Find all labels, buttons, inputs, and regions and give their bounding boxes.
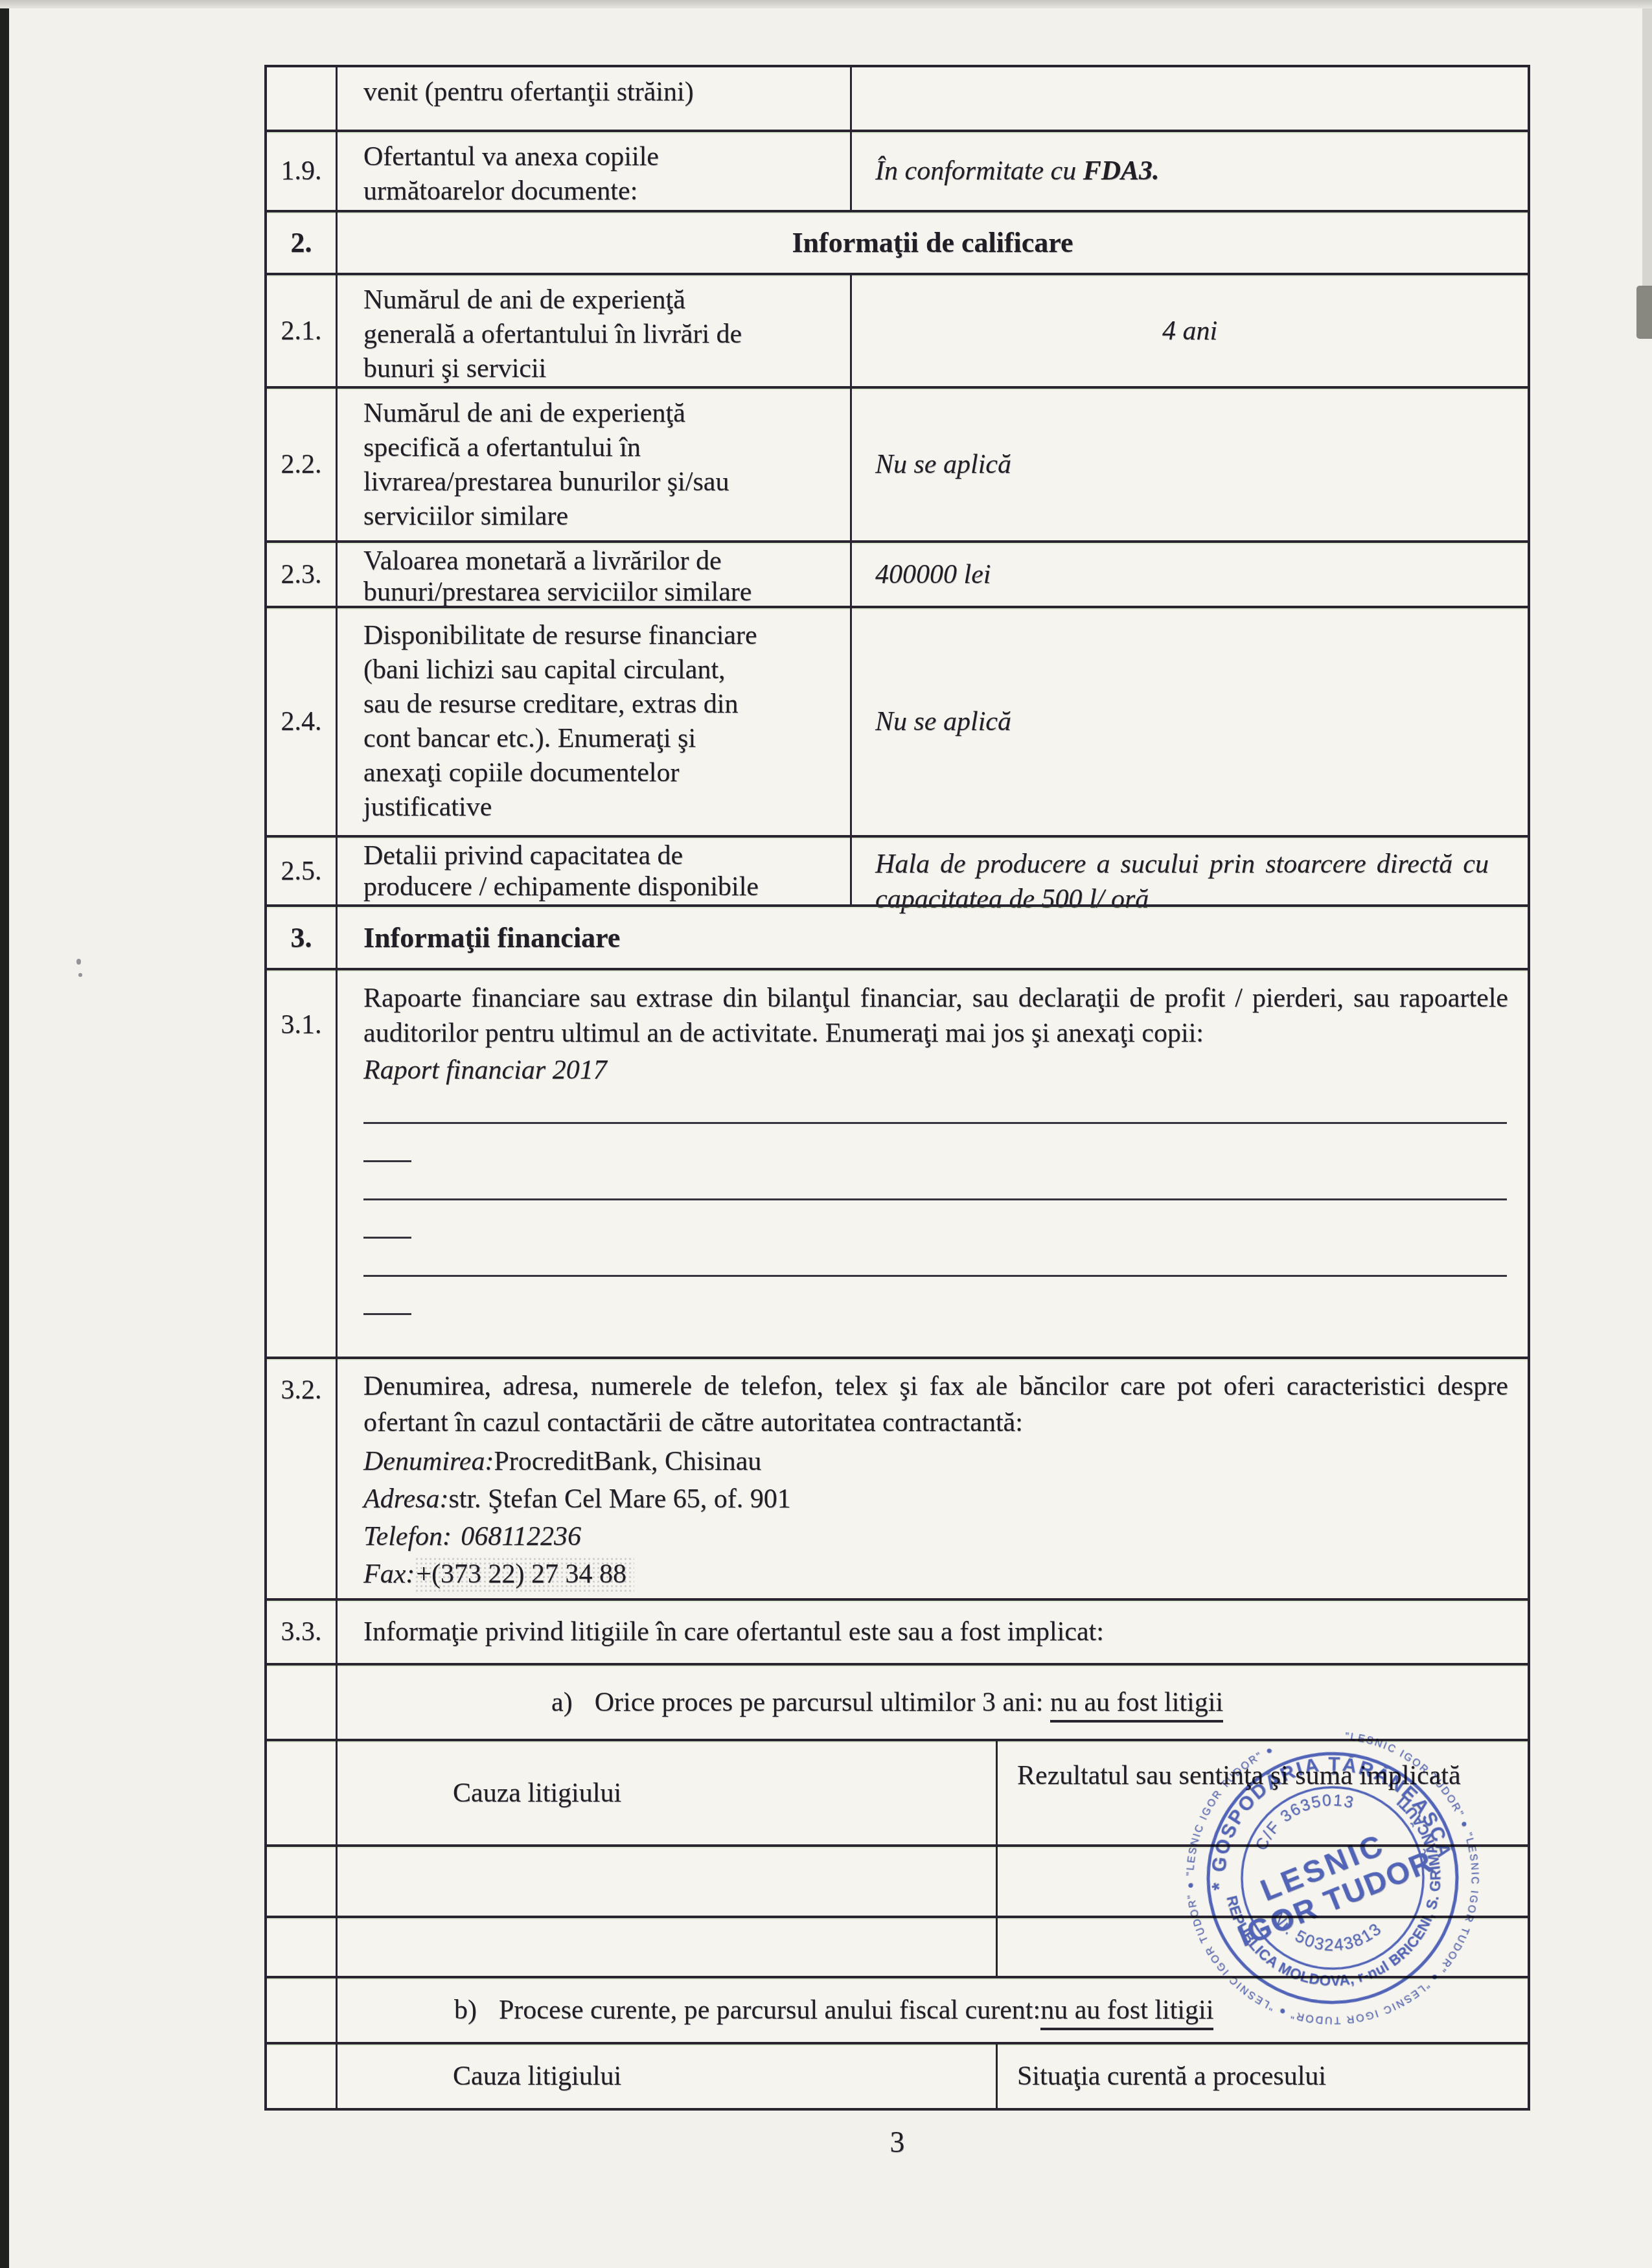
litigation-a-header-number-cell	[267, 1741, 338, 1844]
row-1-9-value-bold: FDA3.	[1083, 156, 1160, 186]
litigation-b-text: Procese curente, pe parcursul anului fis…	[499, 1995, 1213, 2026]
scan-right-strip	[1642, 8, 1652, 287]
row-venit-number-cell	[267, 67, 338, 130]
bank-phone-label: Telefon:	[363, 1522, 452, 1552]
row-2-2-value: Nu se aplică	[852, 389, 1528, 540]
empty-cause-cell	[338, 1847, 998, 1916]
blank-entry-dash	[363, 1200, 411, 1239]
financial-report-entry: Raport financiar 2017	[363, 1055, 1508, 1086]
financial-reports-text: Rapoarte financiare sau extrase din bila…	[363, 981, 1508, 1051]
row-1-9-value: În conformitate cu FDA3.	[852, 132, 1528, 210]
bank-address-label: Adresa:	[363, 1484, 448, 1514]
blank-entry-dash	[363, 1124, 411, 1162]
litigation-b-header-number-cell	[267, 2045, 338, 2108]
row-2-5-value: Hala de producere a sucului prin stoarce…	[852, 838, 1528, 904]
litigation-b-question: Procese curente, pe parcursul anului fis…	[499, 1995, 1040, 2025]
row-2-5-number: 2.5.	[267, 838, 338, 904]
litigation-a-text: Orice proces pe parcursul ultimilor 3 an…	[595, 1687, 1223, 1718]
scan-edge-bar	[0, 0, 9, 2268]
row-2-4-label: Disponibilitate de resurse financiare (b…	[338, 608, 852, 835]
financial-reports-cell: Rapoarte financiare sau extrase din bila…	[338, 970, 1528, 1357]
row-1-9: 1.9. Ofertantul va anexa copiile următoa…	[267, 130, 1528, 210]
row-3-3: 3.3. Informaţie privind litigiile în car…	[267, 1598, 1528, 1663]
litigation-a-header-cause: Cauza litigiului	[338, 1741, 998, 1844]
empty-number-cell	[267, 1847, 338, 1916]
section-2-number: 2.	[267, 212, 338, 273]
bank-fax-value: +(373 22) 27 34 88	[415, 1557, 634, 1593]
bank-name-line: Denumirea:ProcreditBank, Chisinau	[363, 1443, 1508, 1480]
row-2-3-label: Valoarea monetară a livrărilor de bunuri…	[338, 543, 852, 606]
row-2-4-number: 2.4.	[267, 608, 338, 835]
litigation-b-header-cause: Cauza litigiului	[338, 2045, 998, 2108]
blank-entry-line	[363, 1086, 1507, 1124]
bank-name-label: Denumirea:	[363, 1447, 494, 1476]
row-2-3: 2.3. Valoarea monetară a livrărilor de b…	[267, 540, 1528, 606]
row-section-3: 3. Informaţii financiare	[267, 904, 1528, 968]
row-venit: venit (pentru ofertanţii străini)	[267, 67, 1528, 130]
row-2-5: 2.5. Detalii privind capacitatea de prod…	[267, 835, 1528, 904]
row-2-1-number: 2.1.	[267, 275, 338, 386]
row-3-3-number: 3.3.	[267, 1601, 338, 1663]
blank-entry-line	[363, 1239, 1507, 1277]
bank-phone-value: 068112236	[461, 1522, 581, 1552]
bank-details-text: Denumirea, adresa, numerele de telefon, …	[363, 1368, 1508, 1441]
row-2-1-label: Numărul de ani de experienţă generală a …	[338, 275, 852, 386]
empty-number-cell	[267, 1918, 338, 1976]
litigation-a-question: Orice proces pe parcursul ultimilor 3 an…	[595, 1688, 1050, 1717]
row-1-9-number: 1.9.	[267, 132, 338, 210]
row-3-2-number: 3.2.	[267, 1359, 338, 1598]
scan-top-strip	[0, 0, 1652, 8]
blank-entry-line	[363, 1162, 1507, 1200]
row-2-2: 2.2. Numărul de ani de experienţă specif…	[267, 386, 1528, 540]
row-venit-value	[852, 67, 1528, 130]
row-2-4: 2.4. Disponibilitate de resurse financia…	[267, 606, 1528, 835]
bank-fax-line: Fax:+(373 22) 27 34 88	[363, 1556, 1508, 1592]
litigation-b-prefix: b)	[454, 1995, 477, 2026]
row-3-1: 3.1. Rapoarte financiare sau extrase din…	[267, 968, 1528, 1357]
scanned-document-page: { "page": { "number": "3", "paper_color"…	[0, 0, 1652, 2268]
section-3-title: Informaţii financiare	[338, 907, 1528, 968]
row-2-5-label: Detalii privind capacitatea de producere…	[338, 838, 852, 904]
row-litigation-b-header: Cauza litigiului Situaţia curentă a proc…	[267, 2042, 1528, 2108]
row-1-9-label: Ofertantul va anexa copiile următoarelor…	[338, 132, 852, 210]
section-3-number: 3.	[267, 907, 338, 968]
row-litigation-b-number-cell	[267, 1978, 338, 2042]
litigation-info-text: Informaţie privind litigiile în care ofe…	[338, 1601, 1528, 1663]
litigation-a-prefix: a)	[551, 1687, 573, 1718]
row-section-2: 2. Informaţii de calificare	[267, 210, 1528, 273]
row-1-9-value-prefix: În conformitate cu	[875, 156, 1083, 186]
row-1-9-value-text: În conformitate cu FDA3.	[875, 154, 1160, 189]
row-2-2-number: 2.2.	[267, 389, 338, 540]
scan-speck	[76, 959, 81, 965]
row-3-1-number: 3.1.	[267, 970, 338, 1357]
scan-right-notch	[1636, 286, 1652, 339]
stamp-svg: "LESNIC IGOR TUDOR" ● "LESNIC IGOR TUDOR…	[1167, 1713, 1497, 2043]
row-2-1-value: 4 ani	[852, 275, 1528, 386]
bank-name-value: ProcreditBank, Chisinau	[494, 1447, 761, 1476]
litigation-b-header-status: Situaţia curentă a procesului	[998, 2045, 1528, 2108]
row-2-1: 2.1. Numărul de ani de experienţă genera…	[267, 273, 1528, 386]
bank-address-line: Adresa:str. Ştefan Cel Mare 65, of. 901	[363, 1481, 1508, 1517]
row-3-2: 3.2. Denumirea, adresa, numerele de tele…	[267, 1357, 1528, 1598]
row-litigation-a-number-cell	[267, 1666, 338, 1739]
row-2-3-number: 2.3.	[267, 543, 338, 606]
company-stamp: "LESNIC IGOR TUDOR" ● "LESNIC IGOR TUDOR…	[1167, 1713, 1497, 2043]
row-venit-label: venit (pentru ofertanţii străini)	[338, 67, 852, 130]
blank-entry-dash	[363, 1277, 411, 1315]
page-number: 3	[264, 2125, 1530, 2159]
row-2-2-label: Numărul de ani de experienţă specifică a…	[338, 389, 852, 540]
empty-cause-cell	[338, 1918, 998, 1976]
bank-fax-label: Fax:	[363, 1559, 415, 1589]
bank-details-cell: Denumirea, adresa, numerele de telefon, …	[338, 1359, 1528, 1598]
row-2-4-value: Nu se aplică	[852, 608, 1528, 835]
scan-speck	[78, 973, 82, 977]
section-2-title: Informaţii de calificare	[338, 212, 1528, 273]
bank-phone-line: Telefon:068112236	[363, 1518, 1508, 1555]
row-2-3-value: 400000 lei	[852, 543, 1528, 606]
bank-address-value: str. Ştefan Cel Mare 65, of. 901	[448, 1484, 790, 1514]
